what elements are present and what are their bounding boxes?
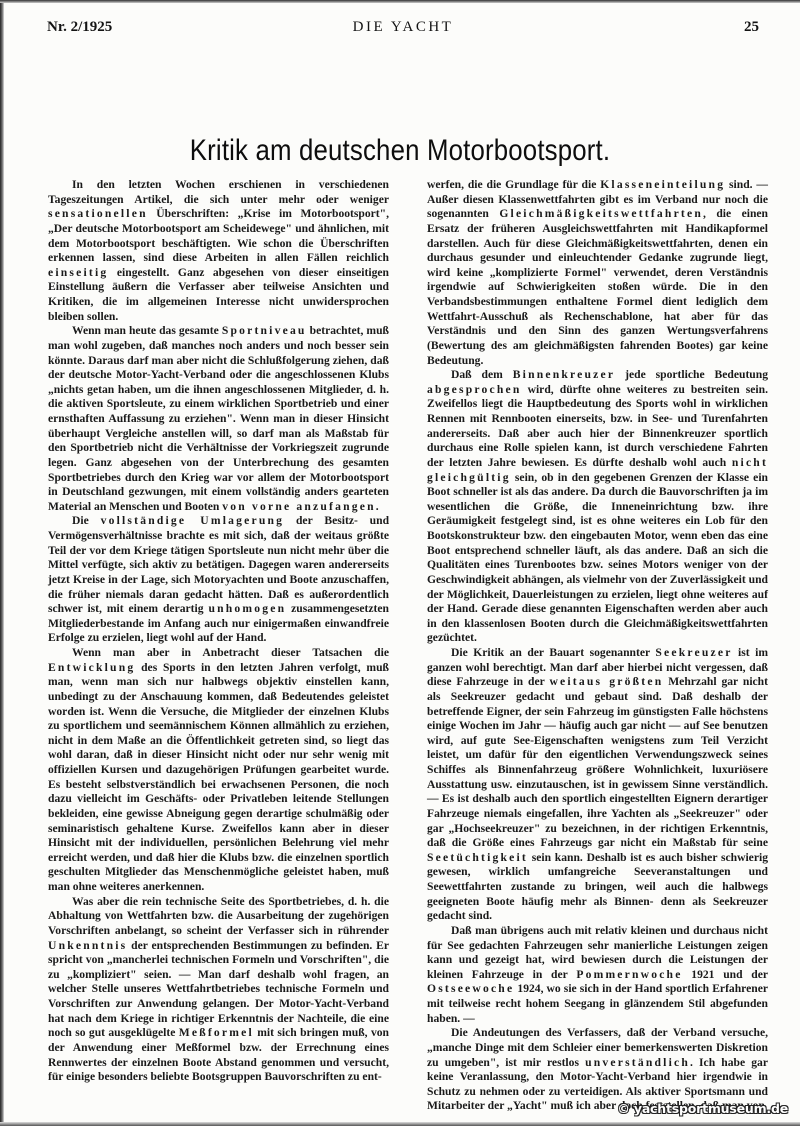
emphasis-spaced-text: Klasseneinteilung <box>600 178 725 191</box>
emphasis-spaced-text: Ostseewoche <box>427 982 514 995</box>
article-title: Kritik am deutschen Motorbootsport. <box>56 134 744 168</box>
emphasis-spaced-text: Entwicklung <box>48 661 135 674</box>
magazine-page: Nr. 2/1925 DIE YACHT 25 Kritik am deutsc… <box>0 0 800 1126</box>
scan-edge-left <box>0 0 4 1126</box>
paragraph-text: Die Kritik an der Bauart sogenannter <box>451 646 655 659</box>
emphasis-spaced-text: Seetüchtigkeit <box>427 851 528 864</box>
emphasis-spaced-text: sensationellen <box>48 207 148 220</box>
paragraph-text: 1921 und der <box>683 968 768 981</box>
running-header: Nr. 2/1925 DIE YACHT 25 <box>47 19 759 39</box>
emphasis-spaced-text: weitaus größten <box>549 675 663 688</box>
paragraph-text: Die <box>72 514 101 527</box>
emphasis-spaced-text: Pommernwoche <box>576 968 682 981</box>
emphasis-spaced-text: Binnenkreuzer <box>513 368 615 381</box>
emphasis-spaced-text: unhomogen <box>208 602 286 615</box>
paragraph-text: Mehrzahl gar nicht als Seekreuzer gedach… <box>427 675 768 849</box>
paragraph-text: der Besitz- und Vermögensverhältnisse br… <box>48 514 389 615</box>
article-paragraph: In den letzten Wochen erschienen in vers… <box>48 178 389 324</box>
text-column-right: werfen, die die Grundlage für die Klasse… <box>427 178 768 1114</box>
text-column-left: In den letzten Wochen erschienen in vers… <box>48 178 389 1085</box>
paragraph-text: sein, ob in den gegebenen Grenzen der Kl… <box>427 471 768 645</box>
article-paragraph: Daß man übrigens auch mit relativ kleine… <box>427 924 768 1026</box>
article-paragraph: Was aber die rein technische Seite des S… <box>48 895 389 1085</box>
article-paragraph: Wenn man aber in Anbetracht dieser Tatsa… <box>48 646 389 895</box>
emphasis-spaced-text: Sportniveau <box>222 324 307 337</box>
article-paragraph: Die Kritik an der Bauart sogenannter See… <box>427 646 768 924</box>
emphasis-spaced-text: Meßformel <box>179 1026 254 1039</box>
article-paragraph: Die vollständige Umlagerung der Besitz- … <box>48 514 389 646</box>
emphasis-spaced-text: Gleichmäßigkeitswettfahrten <box>499 207 703 220</box>
paragraph-text: Wenn man aber in Anbetracht dieser Tatsa… <box>72 646 389 659</box>
emphasis-spaced-text: vollständige Umlagerung <box>101 514 285 527</box>
paragraph-text: , die einen Ersatz der früheren Ausgleic… <box>427 207 768 366</box>
paragraph-text: werfen, die die Grundlage für die <box>427 178 600 191</box>
emphasis-spaced-text: unverständlich <box>585 1056 690 1069</box>
page-number: 25 <box>744 19 759 36</box>
scan-edge-bottom <box>0 1122 800 1126</box>
copyright-watermark: © yachtsportmuseum.de <box>617 1101 788 1116</box>
emphasis-spaced-text: von vorne anzufangen. <box>222 500 381 513</box>
article-paragraph: Daß dem Binnenkreuzer jede sportliche Be… <box>427 368 768 646</box>
paragraph-text: des Sports in den letzten Jahren verfolg… <box>48 661 389 893</box>
article-paragraph: Wenn man heute das gesamte Sportniveau b… <box>48 324 389 514</box>
paragraph-text: jede sportliche Bedeutung <box>615 368 768 381</box>
scan-edge-top <box>0 0 800 3</box>
paragraph-text: Daß dem <box>451 368 513 381</box>
article-paragraph: werfen, die die Grundlage für die Klasse… <box>427 178 768 368</box>
paragraph-text: Was aber die rein technische Seite des S… <box>48 895 389 937</box>
emphasis-spaced-text: abgesprochen <box>427 383 521 396</box>
paragraph-text: In den letzten Wochen erschienen in vers… <box>48 178 389 206</box>
emphasis-spaced-text: Unkenntnis <box>48 939 127 952</box>
paragraph-text: betrachtet, muß man wohl zugeben, daß ma… <box>48 324 389 513</box>
paragraph-text: Wenn man heute das gesamte <box>72 324 222 337</box>
paragraph-text: der entsprechenden Bestimmungen zu befin… <box>48 939 389 1040</box>
emphasis-spaced-text: einseitig <box>48 266 108 279</box>
emphasis-spaced-text: Seekreuzer <box>655 646 732 659</box>
magazine-name: DIE YACHT <box>47 19 759 36</box>
